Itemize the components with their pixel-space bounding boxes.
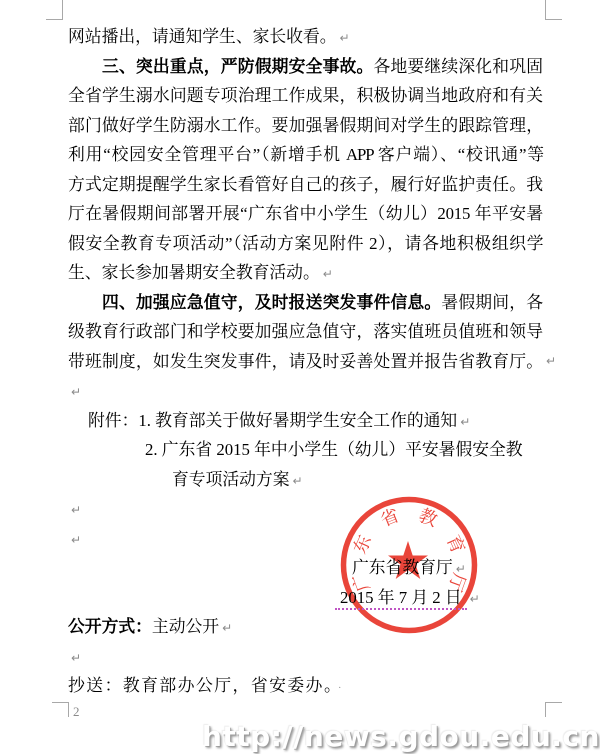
text-segment: 2015 年 7 月 2 日 [335,588,467,610]
attachment-line-1: 附件：1. 教育部关于做好暑期学生安全工作的通知↵ [68,406,543,436]
copy-to-line: 抄送：教育部办公厅，省安委办。· [68,671,543,701]
text-segment: 网站播出，请通知学生、家长收看。 [68,27,337,46]
text-segment: 公开方式： [68,617,152,636]
text-segment: 主动公开 [152,617,219,636]
text-segment: 方式定期提醒学生家长看管好自己的孩子，履行好监护责任。我 [68,175,543,194]
paragraph-mark-icon: ↵ [71,385,81,399]
body-line-1: 网站播出，请通知学生、家长收看。↵ [68,22,543,52]
heading-4-line: 四、加强应急值守，及时报送突发事件信息。暑假期间，各 [68,288,543,318]
text-segment: 暑假期间，各 [441,293,543,312]
paragraph-mark-icon: ↵ [222,621,232,635]
signature-org-line: 广东省教育厅↵ [68,553,543,583]
body-line-9: 生、家长参加暑期安全教育活动。↵ [68,258,543,288]
text-segment: 部门做好学生防溺水工作。要加强暑假期间对学生的跟踪管理， [68,116,543,135]
text-segment: 育专项活动方案 [172,470,289,489]
text-segment: 抄送：教育部办公厅，省安委办。 [68,676,334,695]
text-segment: 广东省教育厅 [352,558,453,577]
paragraph-mark-icon: ↵ [323,267,333,281]
paragraph-mark-icon: ↵ [456,562,466,576]
page-number: 2 [73,703,84,723]
empty-line: ↵ [68,642,543,672]
page-number-value: 2 [73,704,80,719]
end-mark-icon: · [338,682,343,694]
text-segment: 四、加强应急值守，及时报送突发事件信息。 [102,293,441,312]
text-segment: 2. 广东省 2015 年中小学生（幼儿）平安暑假安全教 [145,440,523,459]
paragraph-mark-icon: ↵ [340,31,350,45]
body-line-5: 利用“校园安全管理平台”（新增手机 APP 客户端）、“校讯通”等 [68,140,543,170]
text-segment: 附件：1. 教育部关于做好暑期学生安全工作的通知 [88,411,457,430]
url-watermark: http://news.gdou.edu.cn [202,720,600,753]
body-line-6: 方式定期提醒学生家长看管好自己的孩子，履行好监护责任。我 [68,170,543,200]
body-line-7: 厅在暑假期间部署开展“广东省中小学生（幼儿）2015 年平安暑 [68,199,543,229]
attachment-line-3: 育专项活动方案↵ [68,465,543,495]
paragraph-mark-icon: ↵ [292,474,302,488]
crop-mark-bottom-left [52,702,69,717]
body-line-3: 全省学生溺水问题专项治理工作成果，积极协调当地政府和有关 [68,81,543,111]
text-segment: 全省学生溺水问题专项治理工作成果，积极协调当地政府和有关 [68,86,543,105]
paragraph-mark-icon: ↵ [546,347,556,377]
signature-date-line: 2015 年 7 月 2 日↵ [68,583,543,613]
crop-mark-bottom-right [545,702,562,717]
body-line-4: 部门做好学生防溺水工作。要加强暑假期间对学生的跟踪管理， [68,111,543,141]
text-segment: 利用“校园安全管理平台”（新增手机 APP 客户端）、“校讯通”等 [68,145,543,164]
empty-line: ↵ [68,524,543,554]
text-segment: 生、家长参加暑期安全教育活动。 [68,263,320,282]
paragraph-mark-icon: ↵ [71,533,81,547]
body-line-8: 假安全教育专项活动”（活动方案见附件 2），请各地积极组织学 [68,229,543,259]
text-segment: 级教育行政部门和学校要加强应急值守，落实值班员值班和领导 [68,322,543,341]
paragraph-mark-icon: ↵ [71,651,81,665]
text-segment: 假安全教育专项活动”（活动方案见附件 2），请各地积极组织学 [68,234,543,253]
empty-line: ↵ [68,494,543,524]
text-segment: 三、突出重点，严防假期安全事故。 [102,57,373,76]
text-segment: 带班制度，如发生突发事件，请及时妥善处置并报告省教育厅。 [68,352,543,371]
document-page: 广东省教育厅 网站播出，请通知学生、家长收看。↵三、突出重点，严防假期安全事故。… [0,0,600,754]
crop-mark-top-right [545,0,562,20]
body-line-11: 级教育行政部门和学校要加强应急值守，落实值班员值班和领导 [68,317,543,347]
paragraph-mark-icon: ↵ [71,503,81,517]
text-segment: 厅在暑假期间部署开展“广东省中小学生（幼儿）2015 年平安暑 [68,204,543,223]
crop-mark-top-left [46,0,63,20]
empty-line: ↵ [68,376,543,406]
paragraph-mark-icon: ↵ [460,415,470,429]
document-body: 网站播出，请通知学生、家长收看。↵三、突出重点，严防假期安全事故。各地要继续深化… [68,22,543,701]
text-segment: 各地要继续深化和巩固 [373,57,543,76]
body-line-12: 带班制度，如发生突发事件，请及时妥善处置并报告省教育厅。↵ [68,347,543,377]
heading-3-line: 三、突出重点，严防假期安全事故。各地要继续深化和巩固 [68,52,543,82]
publicity-line: 公开方式：主动公开↵ [68,612,543,642]
attachment-line-2: 2. 广东省 2015 年中小学生（幼儿）平安暑假安全教 [68,435,543,465]
paragraph-mark-icon: ↵ [470,592,480,606]
